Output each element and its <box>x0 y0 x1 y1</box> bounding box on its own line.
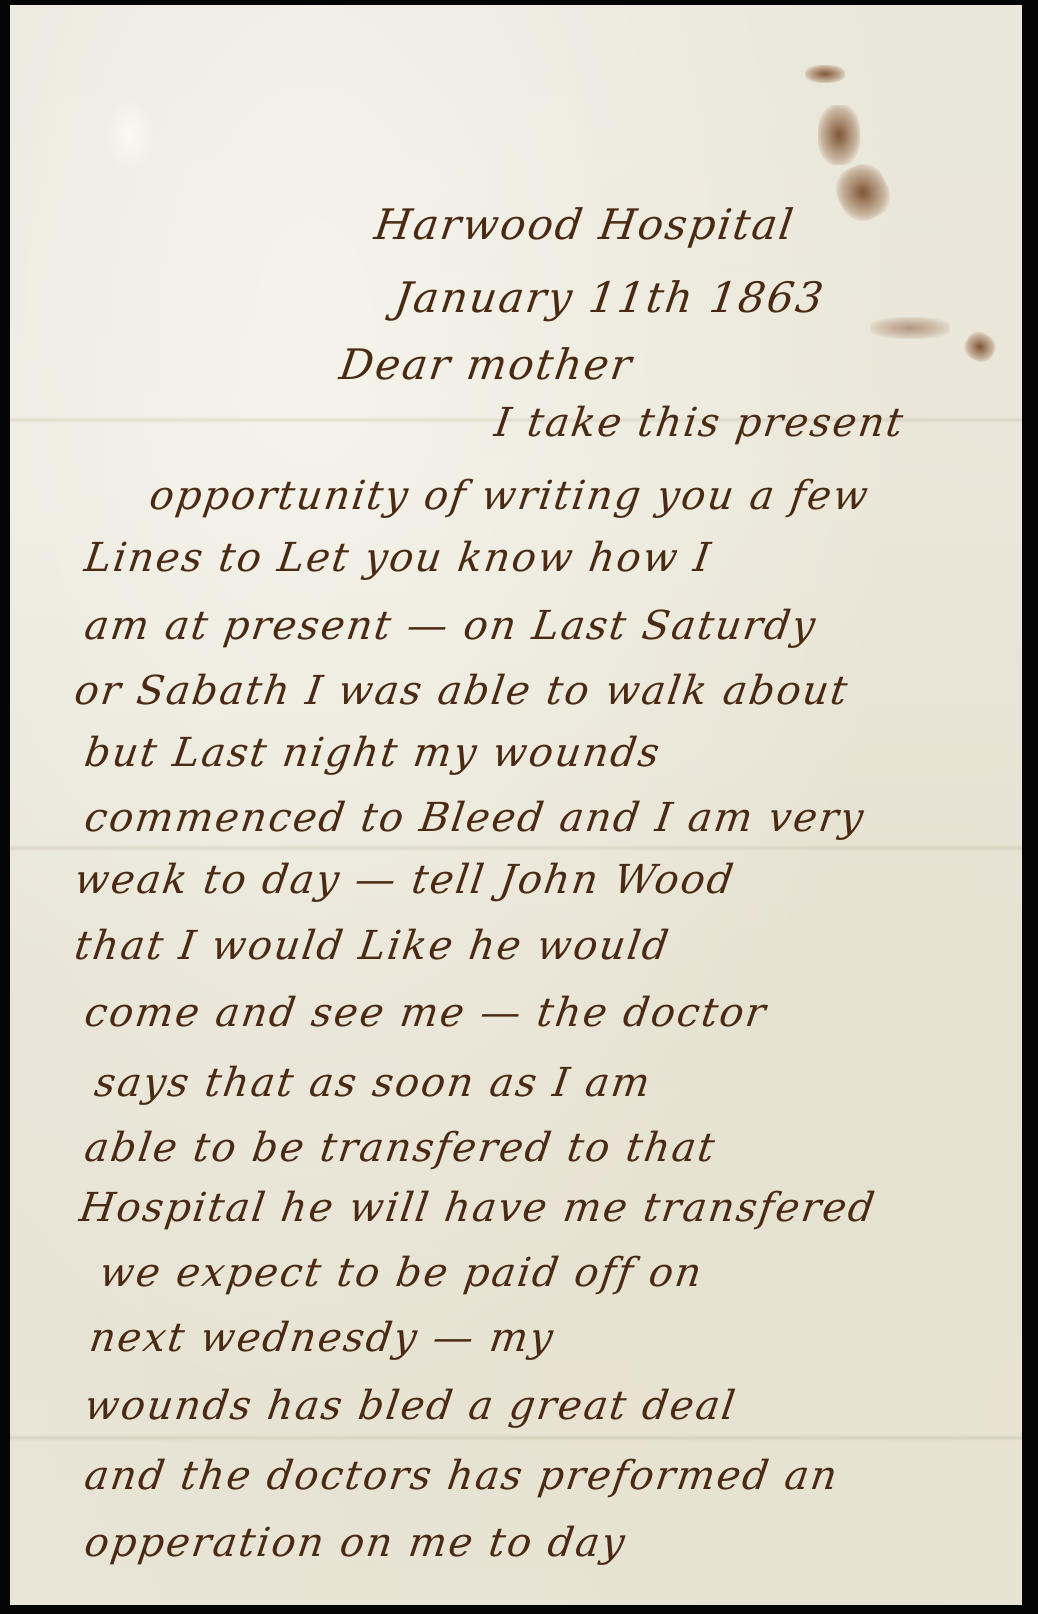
fold-crease <box>10 1435 1022 1441</box>
body-line: opperation on me to day <box>82 1520 630 1566</box>
body-line: I take this present <box>492 400 908 446</box>
body-line: weak to day — tell John Wood <box>72 857 738 903</box>
body-line: Lines to Let you know how I <box>82 535 715 581</box>
ink-stain <box>870 317 950 339</box>
letter-page: Harwood Hospital January 11th 1863 Dear … <box>10 5 1022 1605</box>
ink-stain <box>829 157 898 228</box>
body-line: come and see me — the doctor <box>82 990 770 1036</box>
body-line: wounds has bled a great deal <box>82 1383 740 1429</box>
ink-stain <box>960 327 1000 366</box>
body-line: and the doctors has preformed an <box>82 1453 842 1499</box>
body-line: we expect to be paid off on <box>97 1250 706 1296</box>
body-line: am at present — on Last Saturdy <box>82 603 820 649</box>
embossed-stamp <box>105 100 155 170</box>
ink-stain <box>818 105 860 165</box>
body-line: or Sabath I was able to walk about <box>72 668 852 714</box>
body-line: that I would Like he would <box>72 923 673 969</box>
body-line: next wednesdy — my <box>87 1315 558 1361</box>
ink-stain <box>805 65 845 83</box>
body-line: opportunity of writing you a few <box>147 473 873 519</box>
body-line: Hospital he will have me transfered <box>77 1185 879 1231</box>
body-line: but Last night my wounds <box>82 730 664 776</box>
fold-crease <box>10 845 1022 851</box>
heading-date: January 11th 1863 <box>392 273 829 322</box>
body-line: commenced to Bleed and I am very <box>82 795 868 841</box>
heading-place: Harwood Hospital <box>372 200 799 249</box>
salutation: Dear mother <box>337 340 637 389</box>
body-line: says that as soon as I am <box>92 1060 655 1106</box>
body-line: able to be transfered to that <box>82 1125 720 1171</box>
